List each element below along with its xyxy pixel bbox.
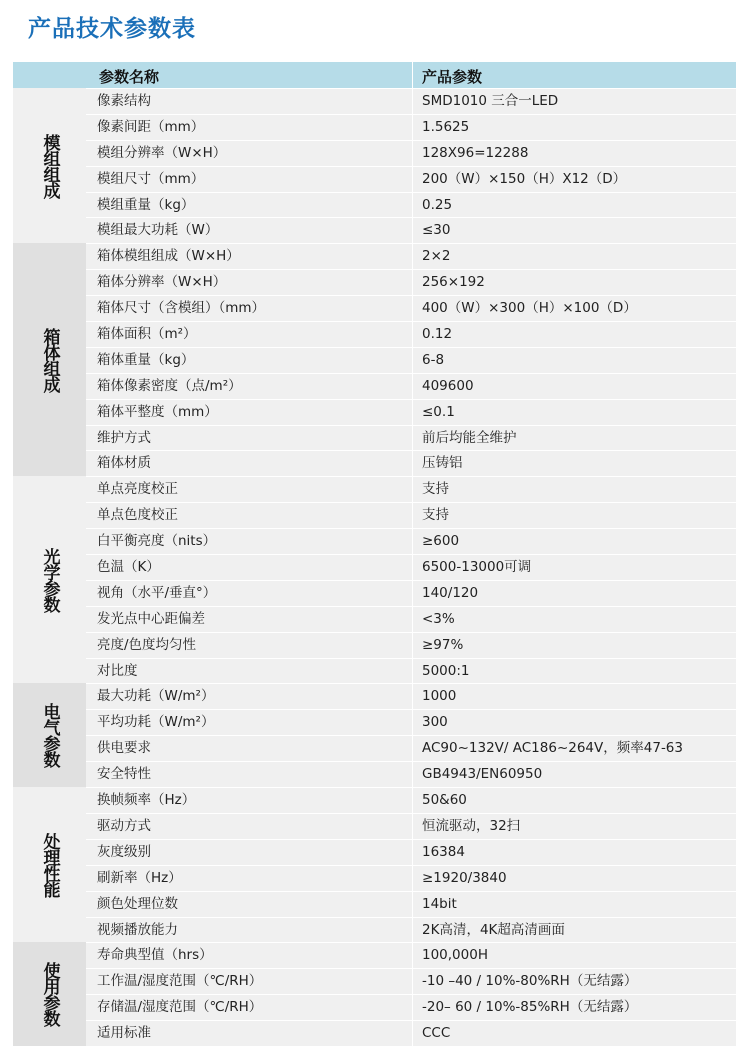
table-row: 刷新率（Hz）≥1920/3840 xyxy=(86,865,736,891)
table-row: 箱体平整度（mm）≤0.1 xyxy=(86,399,736,425)
param-value: 256×192 xyxy=(412,270,736,295)
param-name: 箱体尺寸（含模组）（mm） xyxy=(86,296,412,321)
section-group: 光学参数单点亮度校正支持单点色度校正支持白平衡亮度（nits）≥600色温（K）… xyxy=(13,476,736,683)
param-name: 平均功耗（W/m²） xyxy=(86,710,412,735)
table-row: 白平衡亮度（nits）≥600 xyxy=(86,528,736,554)
param-name: 像素间距（mm） xyxy=(86,115,412,140)
param-value: ≥1920/3840 xyxy=(412,866,736,891)
table-row: 工作温/湿度范围（℃/RH）-10 –40 / 10%-80%RH（无结露） xyxy=(86,968,736,994)
header-section-cell xyxy=(13,62,86,88)
param-value: AC90~132V/ AC186~264V，频率47-63 xyxy=(412,736,736,761)
table-row: 最大功耗（W/m²）1000 xyxy=(86,683,736,709)
table-header: 参数名称 产品参数 xyxy=(13,62,736,88)
param-value: 1000 xyxy=(412,684,736,709)
section-rows: 像素结构SMD1010 三合一LED像素间距（mm）1.5625模组分辨率（W×… xyxy=(86,88,736,243)
param-value: ≤0.1 xyxy=(412,400,736,425)
table-row: 寿命典型值（hrs）100,000H xyxy=(86,942,736,968)
param-value: 300 xyxy=(412,710,736,735)
param-name: 单点色度校正 xyxy=(86,503,412,528)
param-value: 6500-13000可调 xyxy=(412,555,736,580)
table-row: 模组最大功耗（W）≤30 xyxy=(86,217,736,243)
table-row: 模组分辨率（W×H）128X96=12288 xyxy=(86,140,736,166)
param-value: -20– 60 / 10%-85%RH（无结露） xyxy=(412,995,736,1020)
header-param-value: 产品参数 xyxy=(412,62,736,88)
param-name: 箱体分辨率（W×H） xyxy=(86,270,412,295)
param-value: 128X96=12288 xyxy=(412,141,736,166)
table-row: 适用标准CCC xyxy=(86,1020,736,1046)
param-value: 14bit xyxy=(412,892,736,917)
param-name: 亮度/色度均匀性 xyxy=(86,633,412,658)
table-row: 灰度级别16384 xyxy=(86,839,736,865)
page-title: 产品技术参数表 xyxy=(28,10,196,43)
table-row: 视频播放能力2K高清，4K超高清画面 xyxy=(86,917,736,943)
param-value: 200（W）×150（H）X12（D） xyxy=(412,167,736,192)
section-group: 处理性能换帧频率（Hz）50&60驱动方式恒流驱动，32扫灰度级别16384刷新… xyxy=(13,787,736,942)
section-rows: 单点亮度校正支持单点色度校正支持白平衡亮度（nits）≥600色温（K）6500… xyxy=(86,476,736,683)
table-row: 箱体面积（m²）0.12 xyxy=(86,321,736,347)
table-row: 发光点中心距偏差<3% xyxy=(86,606,736,632)
param-name: 最大功耗（W/m²） xyxy=(86,684,412,709)
spec-table: 参数名称 产品参数 模组组成像素结构SMD1010 三合一LED像素间距（mm）… xyxy=(13,62,736,1046)
section-label: 处理性能 xyxy=(40,833,60,897)
table-row: 单点亮度校正支持 xyxy=(86,476,736,502)
param-value: <3% xyxy=(412,607,736,632)
param-name: 白平衡亮度（nits） xyxy=(86,529,412,554)
param-name: 箱体模组组成（W×H） xyxy=(86,244,412,269)
param-name: 模组最大功耗（W） xyxy=(86,218,412,243)
param-value: 2K高清，4K超高清画面 xyxy=(412,918,736,943)
table-row: 平均功耗（W/m²）300 xyxy=(86,709,736,735)
param-name: 刷新率（Hz） xyxy=(86,866,412,891)
param-name: 箱体面积（m²） xyxy=(86,322,412,347)
param-name: 寿命典型值（hrs） xyxy=(86,943,412,968)
table-row: 箱体材质压铸铝 xyxy=(86,450,736,476)
param-name: 安全特性 xyxy=(86,762,412,787)
param-name: 模组尺寸（mm） xyxy=(86,167,412,192)
param-value: ≥600 xyxy=(412,529,736,554)
param-value: 0.12 xyxy=(412,322,736,347)
table-row: 驱动方式恒流驱动，32扫 xyxy=(86,813,736,839)
param-value: ≤30 xyxy=(412,218,736,243)
section-rows: 箱体模组组成（W×H）2×2箱体分辨率（W×H）256×192箱体尺寸（含模组）… xyxy=(86,243,736,476)
param-name: 维护方式 xyxy=(86,426,412,451)
table-row: 模组重量（kg）0.25 xyxy=(86,192,736,218)
param-value: 0.25 xyxy=(412,193,736,218)
param-value: ≥97% xyxy=(412,633,736,658)
section-label-cell: 处理性能 xyxy=(13,787,86,942)
table-row: 箱体尺寸（含模组）（mm）400（W）×300（H）×100（D） xyxy=(86,295,736,321)
table-row: 单点色度校正支持 xyxy=(86,502,736,528)
table-body: 模组组成像素结构SMD1010 三合一LED像素间距（mm）1.5625模组分辨… xyxy=(13,88,736,1046)
section-label-cell: 箱体组成 xyxy=(13,243,86,476)
param-name: 箱体重量（kg） xyxy=(86,348,412,373)
section-group: 模组组成像素结构SMD1010 三合一LED像素间距（mm）1.5625模组分辨… xyxy=(13,88,736,243)
param-name: 像素结构 xyxy=(86,89,412,114)
param-value: GB4943/EN60950 xyxy=(412,762,736,787)
param-value: 100,000H xyxy=(412,943,736,968)
table-row: 对比度5000:1 xyxy=(86,658,736,684)
param-value: 400（W）×300（H）×100（D） xyxy=(412,296,736,321)
param-name: 工作温/湿度范围（℃/RH） xyxy=(86,969,412,994)
param-name: 灰度级别 xyxy=(86,840,412,865)
table-row: 像素结构SMD1010 三合一LED xyxy=(86,88,736,114)
table-row: 存储温/湿度范围（℃/RH）-20– 60 / 10%-85%RH（无结露） xyxy=(86,994,736,1020)
header-param-name: 参数名称 xyxy=(86,62,412,88)
table-row: 安全特性GB4943/EN60950 xyxy=(86,761,736,787)
section-label-cell: 使用参数 xyxy=(13,942,86,1046)
param-value: 50&60 xyxy=(412,788,736,813)
param-name: 视频播放能力 xyxy=(86,918,412,943)
param-name: 单点亮度校正 xyxy=(86,477,412,502)
param-name: 驱动方式 xyxy=(86,814,412,839)
param-name: 颜色处理位数 xyxy=(86,892,412,917)
param-value: 16384 xyxy=(412,840,736,865)
table-row: 像素间距（mm）1.5625 xyxy=(86,114,736,140)
section-group: 使用参数寿命典型值（hrs）100,000H工作温/湿度范围（℃/RH）-10 … xyxy=(13,942,736,1046)
section-label: 使用参数 xyxy=(40,962,60,1026)
section-label: 模组组成 xyxy=(40,134,60,198)
table-row: 色温（K）6500-13000可调 xyxy=(86,554,736,580)
param-name: 色温（K） xyxy=(86,555,412,580)
param-name: 对比度 xyxy=(86,659,412,684)
param-name: 发光点中心距偏差 xyxy=(86,607,412,632)
param-value: 6-8 xyxy=(412,348,736,373)
table-row: 换帧频率（Hz）50&60 xyxy=(86,787,736,813)
param-name: 模组重量（kg） xyxy=(86,193,412,218)
table-row: 视角（水平/垂直°）140/120 xyxy=(86,580,736,606)
section-label-cell: 光学参数 xyxy=(13,476,86,683)
section-label: 光学参数 xyxy=(40,548,60,612)
param-name: 存储温/湿度范围（℃/RH） xyxy=(86,995,412,1020)
table-row: 箱体分辨率（W×H）256×192 xyxy=(86,269,736,295)
section-rows: 换帧频率（Hz）50&60驱动方式恒流驱动，32扫灰度级别16384刷新率（Hz… xyxy=(86,787,736,942)
param-value: 2×2 xyxy=(412,244,736,269)
param-value: SMD1010 三合一LED xyxy=(412,89,736,114)
param-value: 409600 xyxy=(412,374,736,399)
table-row: 模组尺寸（mm）200（W）×150（H）X12（D） xyxy=(86,166,736,192)
table-row: 维护方式前后均能全维护 xyxy=(86,425,736,451)
table-row: 颜色处理位数14bit xyxy=(86,891,736,917)
param-name: 模组分辨率（W×H） xyxy=(86,141,412,166)
param-value: 支持 xyxy=(412,503,736,528)
section-label-cell: 电气参数 xyxy=(13,683,86,787)
table-row: 供电要求AC90~132V/ AC186~264V，频率47-63 xyxy=(86,735,736,761)
section-group: 电气参数最大功耗（W/m²）1000平均功耗（W/m²）300供电要求AC90~… xyxy=(13,683,736,787)
section-group: 箱体组成箱体模组组成（W×H）2×2箱体分辨率（W×H）256×192箱体尺寸（… xyxy=(13,243,736,476)
section-label: 箱体组成 xyxy=(40,328,60,392)
table-row: 箱体重量（kg）6-8 xyxy=(86,347,736,373)
param-name: 换帧频率（Hz） xyxy=(86,788,412,813)
table-row: 箱体模组组成（W×H）2×2 xyxy=(86,243,736,269)
param-name: 视角（水平/垂直°） xyxy=(86,581,412,606)
param-name: 箱体平整度（mm） xyxy=(86,400,412,425)
section-rows: 寿命典型值（hrs）100,000H工作温/湿度范围（℃/RH）-10 –40 … xyxy=(86,942,736,1046)
param-value: 1.5625 xyxy=(412,115,736,140)
section-label: 电气参数 xyxy=(40,703,60,767)
param-value: 140/120 xyxy=(412,581,736,606)
param-value: 支持 xyxy=(412,477,736,502)
param-name: 供电要求 xyxy=(86,736,412,761)
section-rows: 最大功耗（W/m²）1000平均功耗（W/m²）300供电要求AC90~132V… xyxy=(86,683,736,787)
table-row: 箱体像素密度（点/m²）409600 xyxy=(86,373,736,399)
param-name: 箱体材质 xyxy=(86,451,412,476)
param-value: CCC xyxy=(412,1021,736,1046)
section-label-cell: 模组组成 xyxy=(13,88,86,243)
param-name: 箱体像素密度（点/m²） xyxy=(86,374,412,399)
param-value: 恒流驱动，32扫 xyxy=(412,814,736,839)
table-row: 亮度/色度均匀性≥97% xyxy=(86,632,736,658)
param-value: -10 –40 / 10%-80%RH（无结露） xyxy=(412,969,736,994)
param-value: 前后均能全维护 xyxy=(412,426,736,451)
param-value: 5000:1 xyxy=(412,659,736,684)
param-value: 压铸铝 xyxy=(412,451,736,476)
param-name: 适用标准 xyxy=(86,1021,412,1046)
